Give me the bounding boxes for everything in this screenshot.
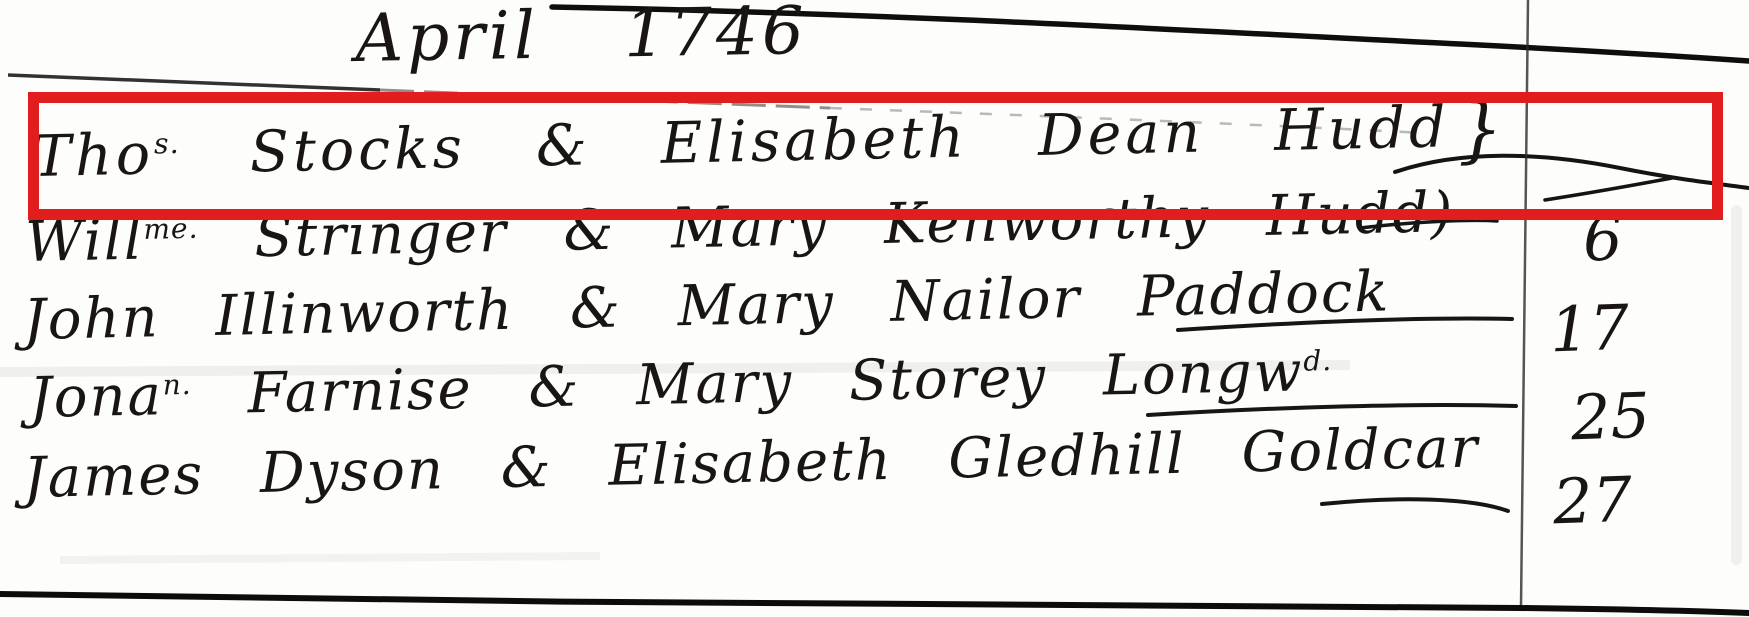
- page-edge-shadow: [1731, 205, 1742, 565]
- entry-dash: [1148, 405, 1516, 415]
- entry-superscript: n.: [162, 368, 192, 402]
- heading-underline: [8, 75, 380, 90]
- entry-day-number: 25: [1570, 379, 1651, 455]
- entry-superscript: me.: [143, 212, 199, 246]
- register-page-scan: April 1746 Thos. Stocks & Elisabeth Dean…: [0, 0, 1749, 617]
- entry-text: Will: [25, 208, 145, 275]
- entry-day-number: 27: [1552, 463, 1633, 539]
- entry-day-number: 17: [1549, 291, 1630, 367]
- entry-text: Tho: [32, 121, 154, 190]
- bottom-rule-line: [0, 594, 1749, 613]
- month-year-label: April 1746: [355, 0, 809, 77]
- entry-superscript: s.: [154, 127, 180, 161]
- page-title: April 1746: [355, 0, 809, 77]
- entry-bracket: }: [1457, 87, 1508, 171]
- entry-day-number: 6: [1582, 201, 1624, 275]
- column-rule-line: [1521, 0, 1528, 607]
- entry-text: Jona: [29, 363, 164, 431]
- entry-superscript: d.: [1303, 344, 1333, 378]
- entry-dash: [1322, 499, 1508, 511]
